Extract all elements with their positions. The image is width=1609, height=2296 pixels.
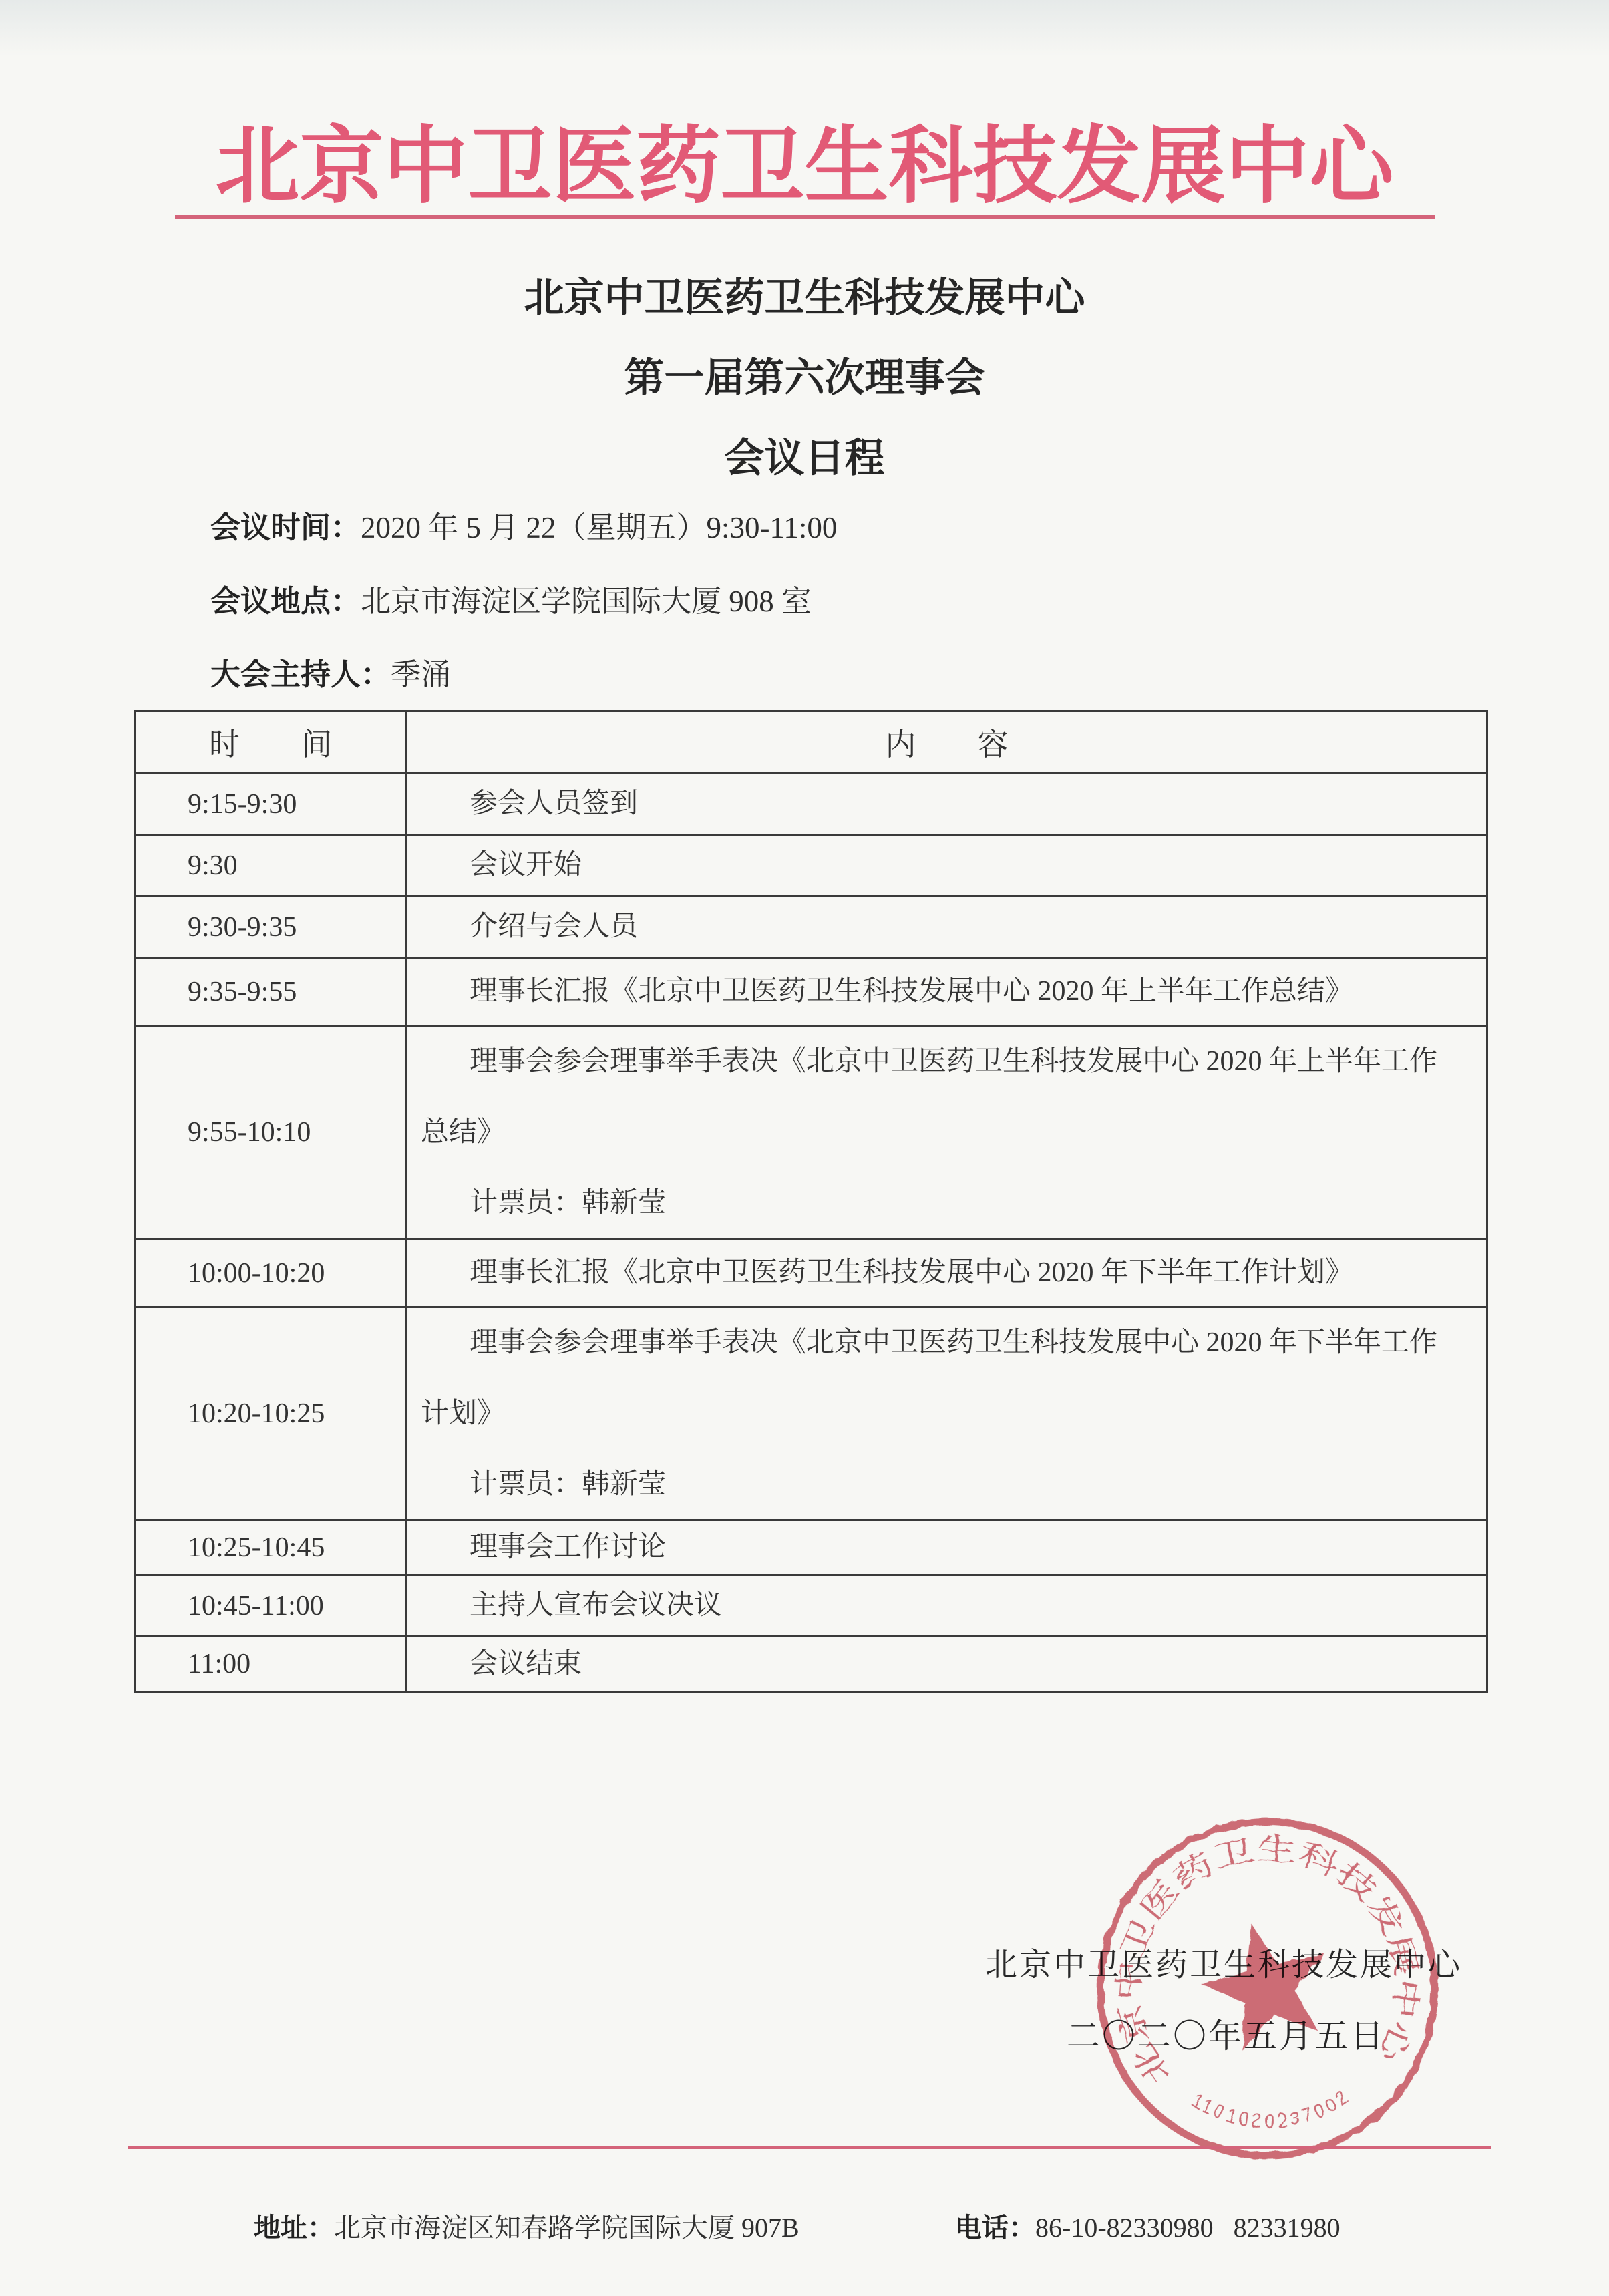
footer-phone-line: 电话：86-10-82330980 82331980	[928, 2175, 1340, 2276]
agenda-line: 会议开始	[421, 848, 1486, 883]
agenda-time-cell: 10:20-10:25	[136, 1308, 407, 1519]
agenda-content-cell: 主持人宣布会议决议	[407, 1576, 1486, 1635]
seal-serial-holder: 1101020237002	[1186, 2078, 1357, 2138]
doc-title-session: 第一届第六次理事会	[0, 346, 1609, 403]
meeting-host-value: 季涌	[391, 658, 451, 691]
doc-title-agenda: 会议日程	[0, 426, 1609, 484]
agenda-row: 11:00 会议结束	[136, 1635, 1486, 1691]
letterhead-rule	[175, 215, 1435, 219]
agenda-content-cell: 会议结束	[407, 1637, 1486, 1691]
agenda-content-cell: 参会人员签到	[407, 774, 1486, 834]
agenda-header-time: 时 间	[136, 712, 407, 772]
agenda-time-cell: 9:30-9:35	[136, 897, 407, 957]
meeting-place-value: 北京市海淀区学院国际大厦 908 室	[361, 585, 812, 618]
agenda-row: 9:15-9:30 参会人员签到	[136, 772, 1486, 834]
official-seal-stamp: 北京中卫医药卫生科技发展中心 1101020237002	[1061, 1784, 1474, 2197]
agenda-time-cell: 10:00-10:20	[136, 1240, 407, 1306]
agenda-line: 参会人员签到	[421, 786, 1486, 822]
agenda-row: 10:45-11:00 主持人宣布会议决议	[136, 1574, 1486, 1635]
meeting-time-label: 会议时间：	[210, 510, 361, 544]
seal-serial-number: 1101020237002	[1186, 2078, 1357, 2138]
agenda-row: 9:35-9:55 理事长汇报《北京中卫医药卫生科技发展中心 2020 年上半年…	[136, 957, 1486, 1025]
agenda-table: 时 间 内 容 9:15-9:30 参会人员签到 9:30 会议开始 9:30-…	[134, 710, 1488, 1693]
agenda-time-cell: 9:15-9:30	[136, 774, 407, 834]
footer-phone-value: 86-10-82330980 82331980	[1035, 2212, 1340, 2243]
agenda-row: 9:30 会议开始	[136, 834, 1486, 895]
agenda-line: 主持人宣布会议决议	[421, 1588, 1486, 1623]
meeting-time-line: 会议时间：2020 年 5 月 22（星期五）9:30-11:00	[210, 503, 837, 546]
agenda-row: 9:30-9:35 介绍与会人员	[136, 895, 1486, 957]
agenda-line: 总结》	[421, 1097, 1486, 1168]
agenda-header-content: 内 容	[407, 712, 1486, 772]
agenda-table-header-row: 时 间 内 容	[136, 712, 1486, 772]
agenda-line: 理事会工作讨论	[421, 1530, 1486, 1565]
meeting-time-value: 2020 年 5 月 22（星期五）9:30-11:00	[361, 511, 837, 544]
agenda-line: 计票员：韩新莹	[421, 1449, 1486, 1520]
meeting-host-label: 大会主持人：	[210, 657, 391, 691]
meeting-host-line: 大会主持人：季涌	[210, 650, 451, 693]
document-page: 北京中卫医药卫生科技发展中心 北京中卫医药卫生科技发展中心 第一届第六次理事会 …	[0, 0, 1609, 2296]
agenda-line: 理事长汇报《北京中卫医药卫生科技发展中心 2020 年下半年工作计划》	[421, 1255, 1486, 1291]
doc-title-organization: 北京中卫医药卫生科技发展中心	[0, 266, 1609, 323]
seal-star-icon	[1197, 1919, 1330, 2054]
agenda-time-cell: 10:25-10:45	[136, 1521, 407, 1574]
footer-phone-label: 电话：	[955, 2213, 1035, 2243]
footer-address-line: 地址：北京市海淀区知春路学院国际大厦 907B	[227, 2175, 799, 2276]
agenda-time-cell: 9:35-9:55	[136, 959, 407, 1025]
footer-rule	[128, 2146, 1491, 2149]
meeting-place-line: 会议地点：北京市海淀区学院国际大厦 908 室	[210, 577, 812, 620]
agenda-row: 10:00-10:20 理事长汇报《北京中卫医药卫生科技发展中心 2020 年下…	[136, 1238, 1486, 1306]
agenda-line: 计划》	[421, 1378, 1486, 1449]
meeting-place-label: 会议地点：	[210, 584, 361, 618]
agenda-line: 介绍与会人员	[421, 909, 1486, 945]
seal-ink-group: 北京中卫医药卫生科技发展中心 1101020237002	[1089, 1810, 1446, 2167]
agenda-time-cell: 10:45-11:00	[136, 1576, 407, 1635]
footer-address-label: 地址：	[254, 2213, 334, 2243]
agenda-line: 理事长汇报《北京中卫医药卫生科技发展中心 2020 年上半年工作总结》	[421, 974, 1486, 1009]
agenda-time-cell: 9:55-10:10	[136, 1027, 407, 1238]
letterhead-title: 北京中卫医药卫生科技发展中心	[0, 99, 1609, 220]
footer-address-value: 北京市海淀区知春路学院国际大厦 907B	[334, 2212, 799, 2243]
agenda-content-cell: 理事会参会理事举手表决《北京中卫医药卫生科技发展中心 2020 年上半年工作总结…	[407, 1027, 1486, 1238]
agenda-line: 计票员：韩新莹	[421, 1168, 1486, 1239]
agenda-content-cell: 理事长汇报《北京中卫医药卫生科技发展中心 2020 年上半年工作总结》	[407, 959, 1486, 1025]
agenda-content-cell: 理事长汇报《北京中卫医药卫生科技发展中心 2020 年下半年工作计划》	[407, 1240, 1486, 1306]
agenda-time-cell: 9:30	[136, 836, 407, 895]
agenda-content-cell: 介绍与会人员	[407, 897, 1486, 957]
agenda-line: 会议结束	[421, 1647, 1486, 1682]
agenda-line: 理事会参会理事举手表决《北京中卫医药卫生科技发展中心 2020 年下半年工作	[421, 1307, 1486, 1378]
agenda-content-cell: 理事会参会理事举手表决《北京中卫医药卫生科技发展中心 2020 年下半年工作计划…	[407, 1308, 1486, 1519]
agenda-line: 理事会参会理事举手表决《北京中卫医药卫生科技发展中心 2020 年上半年工作	[421, 1026, 1486, 1097]
agenda-row: 10:25-10:45 理事会工作讨论	[136, 1519, 1486, 1574]
agenda-row: 9:55-10:10 理事会参会理事举手表决《北京中卫医药卫生科技发展中心 20…	[136, 1025, 1486, 1238]
agenda-table-body: 9:15-9:30 参会人员签到 9:30 会议开始 9:30-9:35 介绍与…	[136, 772, 1486, 1691]
agenda-time-cell: 11:00	[136, 1637, 407, 1691]
agenda-content-cell: 理事会工作讨论	[407, 1521, 1486, 1574]
agenda-row: 10:20-10:25 理事会参会理事举手表决《北京中卫医药卫生科技发展中心 2…	[136, 1306, 1486, 1519]
agenda-content-cell: 会议开始	[407, 836, 1486, 895]
